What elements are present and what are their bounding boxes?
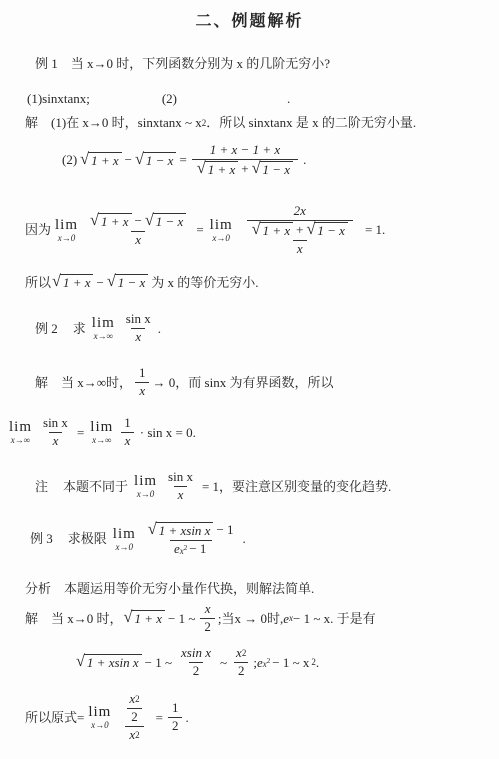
solution1-text: (1)在 x→0 时，sinxtanx ~ x bbox=[51, 114, 202, 132]
example2-text: 求 bbox=[73, 320, 86, 338]
solution3-text-end: − 1 ~ x. 于是有 bbox=[293, 610, 376, 628]
sqrt-expression: √1 − x bbox=[107, 274, 148, 291]
lim-subscript: x→0 bbox=[58, 234, 76, 243]
numerator: sin x bbox=[122, 312, 155, 328]
radicand: 1 + xsin x bbox=[84, 654, 142, 671]
equation2-result: · sin x = 0. bbox=[140, 424, 196, 442]
sqrt-expression: √1 + xsin x bbox=[148, 522, 214, 539]
inner-numerator: x2 bbox=[125, 692, 143, 708]
solution1-label: 解 bbox=[25, 114, 38, 132]
radicand: 1 + x bbox=[60, 274, 94, 291]
so-equivalent-row: 所以 √1 + x − √1 − x 为 x 的等价无穷小. bbox=[25, 274, 261, 292]
radicand: 1 + x bbox=[131, 610, 165, 627]
radicand: 1 − x bbox=[153, 213, 187, 230]
minus-sign: − bbox=[125, 151, 132, 169]
sqrt-expression: √1 + x bbox=[197, 161, 238, 178]
numerator: sin x bbox=[164, 470, 197, 486]
radicand: 1 + x bbox=[98, 213, 132, 230]
sqrt-expression: √1 − x bbox=[135, 152, 176, 169]
numerator: 1 bbox=[120, 416, 135, 432]
inner-fraction: x2 2 bbox=[125, 692, 143, 725]
fraction: √1 + x − √1 − x x bbox=[85, 213, 191, 248]
example3-text: 求极限 bbox=[68, 530, 107, 548]
inner-denominator: √1 + x + √1 − x bbox=[247, 220, 353, 239]
sqrt-expression: √1 + x bbox=[52, 274, 93, 291]
outer-numerator: 2x √1 + x + √1 − x bbox=[240, 204, 360, 240]
numerator: √1 + xsin x − 1 bbox=[143, 522, 240, 540]
exponent: x2 bbox=[263, 661, 271, 664]
inner-numerator: 2x bbox=[290, 204, 310, 220]
note-row: 注 本题不同于 limx→0 sin x x = 1，要注意区别变量的变化趋势. bbox=[35, 470, 393, 503]
radicand: 1 + xsin x bbox=[156, 522, 214, 539]
numerator: x bbox=[201, 602, 215, 618]
example2-label: 例 2 bbox=[35, 320, 58, 338]
fraction: 1 x bbox=[120, 416, 135, 449]
textbook-page: 二、例题解析 例 1 当 x→0 时，下列函数分别为 x 的几阶无穷小? (1)… bbox=[0, 0, 499, 759]
outer-numerator: x2 2 bbox=[118, 692, 150, 726]
lim-word: lim bbox=[9, 420, 32, 435]
denominator: √1 + x + √1 − x bbox=[192, 159, 298, 178]
outer-fraction: 2x √1 + x + √1 − x x bbox=[240, 204, 360, 256]
radicand: 1 + x bbox=[260, 222, 294, 239]
exponent: x2 bbox=[180, 548, 188, 551]
example3-row: 例 3 求极限 limx→0 √1 + xsin x − 1 ex2 − 1 . bbox=[30, 522, 246, 557]
limit: limx→0 bbox=[134, 474, 157, 499]
sqrt-expression: √1 + x bbox=[90, 213, 131, 230]
limit: limx→∞ bbox=[92, 316, 115, 341]
solution3-text: 当 x→0 时， bbox=[51, 610, 123, 628]
solution3-text-mid: ;当x → 0时, bbox=[218, 610, 283, 628]
solution1-text-end: ．所以 sinxtanx 是 x 的二阶无穷小量. bbox=[206, 114, 416, 132]
example2-row: 例 2 求 limx→∞ sin x x . bbox=[35, 312, 161, 345]
outer-fraction: x2 2 x2 bbox=[118, 692, 150, 743]
radicand: 1 − x bbox=[143, 152, 177, 169]
sqrt-expression: √1 + x bbox=[124, 610, 165, 627]
denominator: x bbox=[131, 231, 145, 248]
denominator: ex2 − 1 bbox=[170, 540, 212, 557]
solution3-label: 解 bbox=[25, 610, 38, 628]
exponent-2: 2 bbox=[184, 544, 188, 552]
lim-word: lim bbox=[210, 218, 233, 233]
example1-items-row: (1)sinxtanx; (2) . bbox=[27, 90, 290, 108]
because-label: 因为 bbox=[25, 221, 51, 239]
numerator: x2 bbox=[232, 646, 250, 662]
numerator: xsin x bbox=[177, 646, 215, 662]
sqrt-expression: √1 + x bbox=[252, 222, 293, 239]
note-text: 本题不同于 bbox=[63, 478, 128, 496]
outer-denominator: x2 bbox=[125, 726, 143, 743]
lim-word: lim bbox=[88, 705, 111, 720]
example1-label: 例 1 bbox=[35, 55, 58, 73]
sqrt-expression: √1 − x bbox=[145, 213, 186, 230]
fraction: 1 x bbox=[135, 366, 150, 399]
x-base: x bbox=[236, 646, 242, 661]
equiv-text-end: − 1 ~ x bbox=[272, 654, 309, 672]
limit: limx→0 bbox=[88, 705, 111, 730]
equals-sign: = bbox=[77, 424, 84, 442]
radicand: 1 + x bbox=[88, 152, 122, 169]
lim-subscript: x→∞ bbox=[94, 332, 113, 341]
result-text: = 1. bbox=[365, 221, 385, 239]
sqrt-expression: √1 + x bbox=[80, 152, 121, 169]
fraction: sin x x bbox=[122, 312, 155, 345]
lim-word: lim bbox=[92, 316, 115, 331]
item1-text: (1)sinxtanx; bbox=[27, 90, 90, 108]
so-text: 为 x 的等价无穷小. bbox=[151, 274, 258, 292]
sqrt-expression: √1 − x bbox=[306, 222, 347, 239]
equiv-text: − 1 ~ bbox=[145, 654, 172, 672]
example3-label: 例 3 bbox=[30, 530, 53, 548]
minus-one: − 1 bbox=[216, 523, 233, 538]
lim-subscript: x→0 bbox=[137, 490, 155, 499]
fraction: √1 + xsin x − 1 ex2 − 1 bbox=[143, 522, 240, 557]
limit: limx→∞ bbox=[90, 420, 113, 445]
period: . bbox=[185, 709, 188, 727]
equals-sign: = bbox=[156, 709, 163, 727]
denominator: x bbox=[121, 432, 135, 449]
limit: limx→∞ bbox=[9, 420, 32, 445]
denominator: x bbox=[135, 382, 149, 399]
part2-identity-row: (2) √1 + x − √1 − x = 1 + x − 1 + x √1 +… bbox=[60, 143, 308, 178]
lim-subscript: x→0 bbox=[116, 543, 134, 552]
radicand: 1 − x bbox=[260, 161, 294, 178]
denominator: 2 bbox=[234, 662, 249, 679]
lim-subscript: x→∞ bbox=[92, 436, 111, 445]
limit: limx→0 bbox=[55, 218, 78, 243]
solution2-label: 解 bbox=[35, 374, 48, 392]
item2-text: (2) bbox=[162, 90, 177, 108]
so-label: 所以 bbox=[25, 274, 51, 292]
equivalence-chain-row: √1 + xsin x − 1 ~ xsin x 2 ~ x2 2 ; ex2 … bbox=[75, 646, 319, 679]
example1-row: 例 1 当 x→0 时，下列函数分别为 x 的几阶无穷小? bbox=[35, 55, 330, 73]
fraction: x 2 bbox=[200, 602, 215, 635]
period: . bbox=[243, 530, 246, 548]
inner-fraction: 2x √1 + x + √1 − x bbox=[247, 204, 353, 239]
fraction: x2 2 bbox=[232, 646, 250, 679]
limit: limx→0 bbox=[113, 527, 136, 552]
numerator: 1 bbox=[135, 366, 150, 382]
numerator: √1 + x − √1 − x bbox=[85, 213, 191, 231]
period: . bbox=[316, 654, 319, 672]
equiv-text: − 1 ~ bbox=[168, 610, 195, 628]
equals-sign: = bbox=[196, 221, 203, 239]
fraction: xsin x 2 bbox=[177, 646, 215, 679]
result-fraction: 1 2 bbox=[168, 701, 183, 734]
denominator: x bbox=[174, 486, 188, 503]
numerator: 1 + x − 1 + x bbox=[206, 143, 284, 159]
radicand: 1 − x bbox=[314, 222, 348, 239]
solution2-text-end: → 0，而 sinx 为有界函数，所以 bbox=[153, 374, 334, 392]
example1-question: 当 x→0 时，下列函数分别为 x 的几阶无穷小? bbox=[71, 55, 330, 73]
limit: limx→0 bbox=[210, 218, 233, 243]
lim-word: lim bbox=[113, 527, 136, 542]
lim-word: lim bbox=[55, 218, 78, 233]
equation2-row: limx→∞ sin x x = limx→∞ 1 x · sin x = 0. bbox=[5, 416, 198, 449]
denominator: 2 bbox=[200, 618, 215, 635]
exponent-2: 2 bbox=[267, 657, 271, 665]
sqrt-expression: √1 − x bbox=[252, 161, 293, 178]
radicand: 1 + x bbox=[205, 161, 239, 178]
analysis-text: 本题运用等价无穷小量作代换，则解法简单. bbox=[64, 580, 314, 598]
part2-label: (2) bbox=[62, 151, 77, 169]
lim-subscript: x→0 bbox=[91, 721, 109, 730]
lim-subscript: x→∞ bbox=[11, 436, 30, 445]
fraction: 1 + x − 1 + x √1 + x + √1 − x bbox=[192, 143, 298, 178]
tilde-sign: ~ bbox=[220, 654, 227, 672]
analysis-label: 分析 bbox=[25, 580, 51, 598]
denominator: 2 bbox=[168, 717, 183, 734]
solution3-row: 解 当 x→0 时， √1 + x − 1 ~ x 2 ;当x → 0时, ex… bbox=[25, 602, 376, 635]
plus-sign: + bbox=[241, 162, 248, 177]
lim-word: lim bbox=[134, 474, 157, 489]
minus-sign: − bbox=[135, 214, 142, 229]
equals-sign: = bbox=[179, 151, 186, 169]
final-result-row: 所以原式= limx→0 x2 2 x2 = 1 2 . bbox=[25, 692, 189, 743]
because-limit-row: 因为 limx→0 √1 + x − √1 − x x = limx→0 2x … bbox=[25, 204, 387, 256]
fraction: sin x x bbox=[164, 470, 197, 503]
denominator: 2 bbox=[189, 662, 204, 679]
period: . bbox=[158, 320, 161, 338]
plus-sign: + bbox=[296, 223, 303, 238]
numerator: 1 bbox=[168, 701, 183, 717]
denominator: x bbox=[131, 328, 145, 345]
sqrt-expression: √1 + xsin x bbox=[76, 654, 142, 671]
lim-subscript: x→0 bbox=[212, 234, 230, 243]
numerator: sin x bbox=[39, 416, 72, 432]
outer-denominator: x bbox=[293, 240, 307, 257]
note-text-end: = 1，要注意区别变量的变化趋势. bbox=[202, 478, 391, 496]
radicand: 1 − x bbox=[115, 274, 149, 291]
minus-one: − 1 bbox=[189, 542, 206, 557]
item2-period: . bbox=[287, 90, 290, 108]
fraction: sin x x bbox=[39, 416, 72, 449]
minus-sign: − bbox=[96, 274, 103, 292]
inner-denominator: 2 bbox=[127, 708, 142, 725]
lim-word: lim bbox=[90, 420, 113, 435]
page-title: 二、例题解析 bbox=[0, 8, 499, 31]
analysis-row: 分析 本题运用等价无穷小量作代换，则解法简单. bbox=[25, 580, 314, 598]
solution2-row: 解 当 x→∞时， 1 x → 0，而 sinx 为有界函数，所以 bbox=[35, 366, 333, 399]
solution2-text: 当 x→∞时， bbox=[61, 374, 132, 392]
denominator: x bbox=[49, 432, 63, 449]
period: . bbox=[303, 151, 306, 169]
solution1-row: 解 (1)在 x→0 时，sinxtanx ~ x2．所以 sinxtanx 是… bbox=[25, 114, 416, 132]
note-label: 注 bbox=[35, 478, 48, 496]
final-label: 所以原式= bbox=[25, 709, 84, 727]
